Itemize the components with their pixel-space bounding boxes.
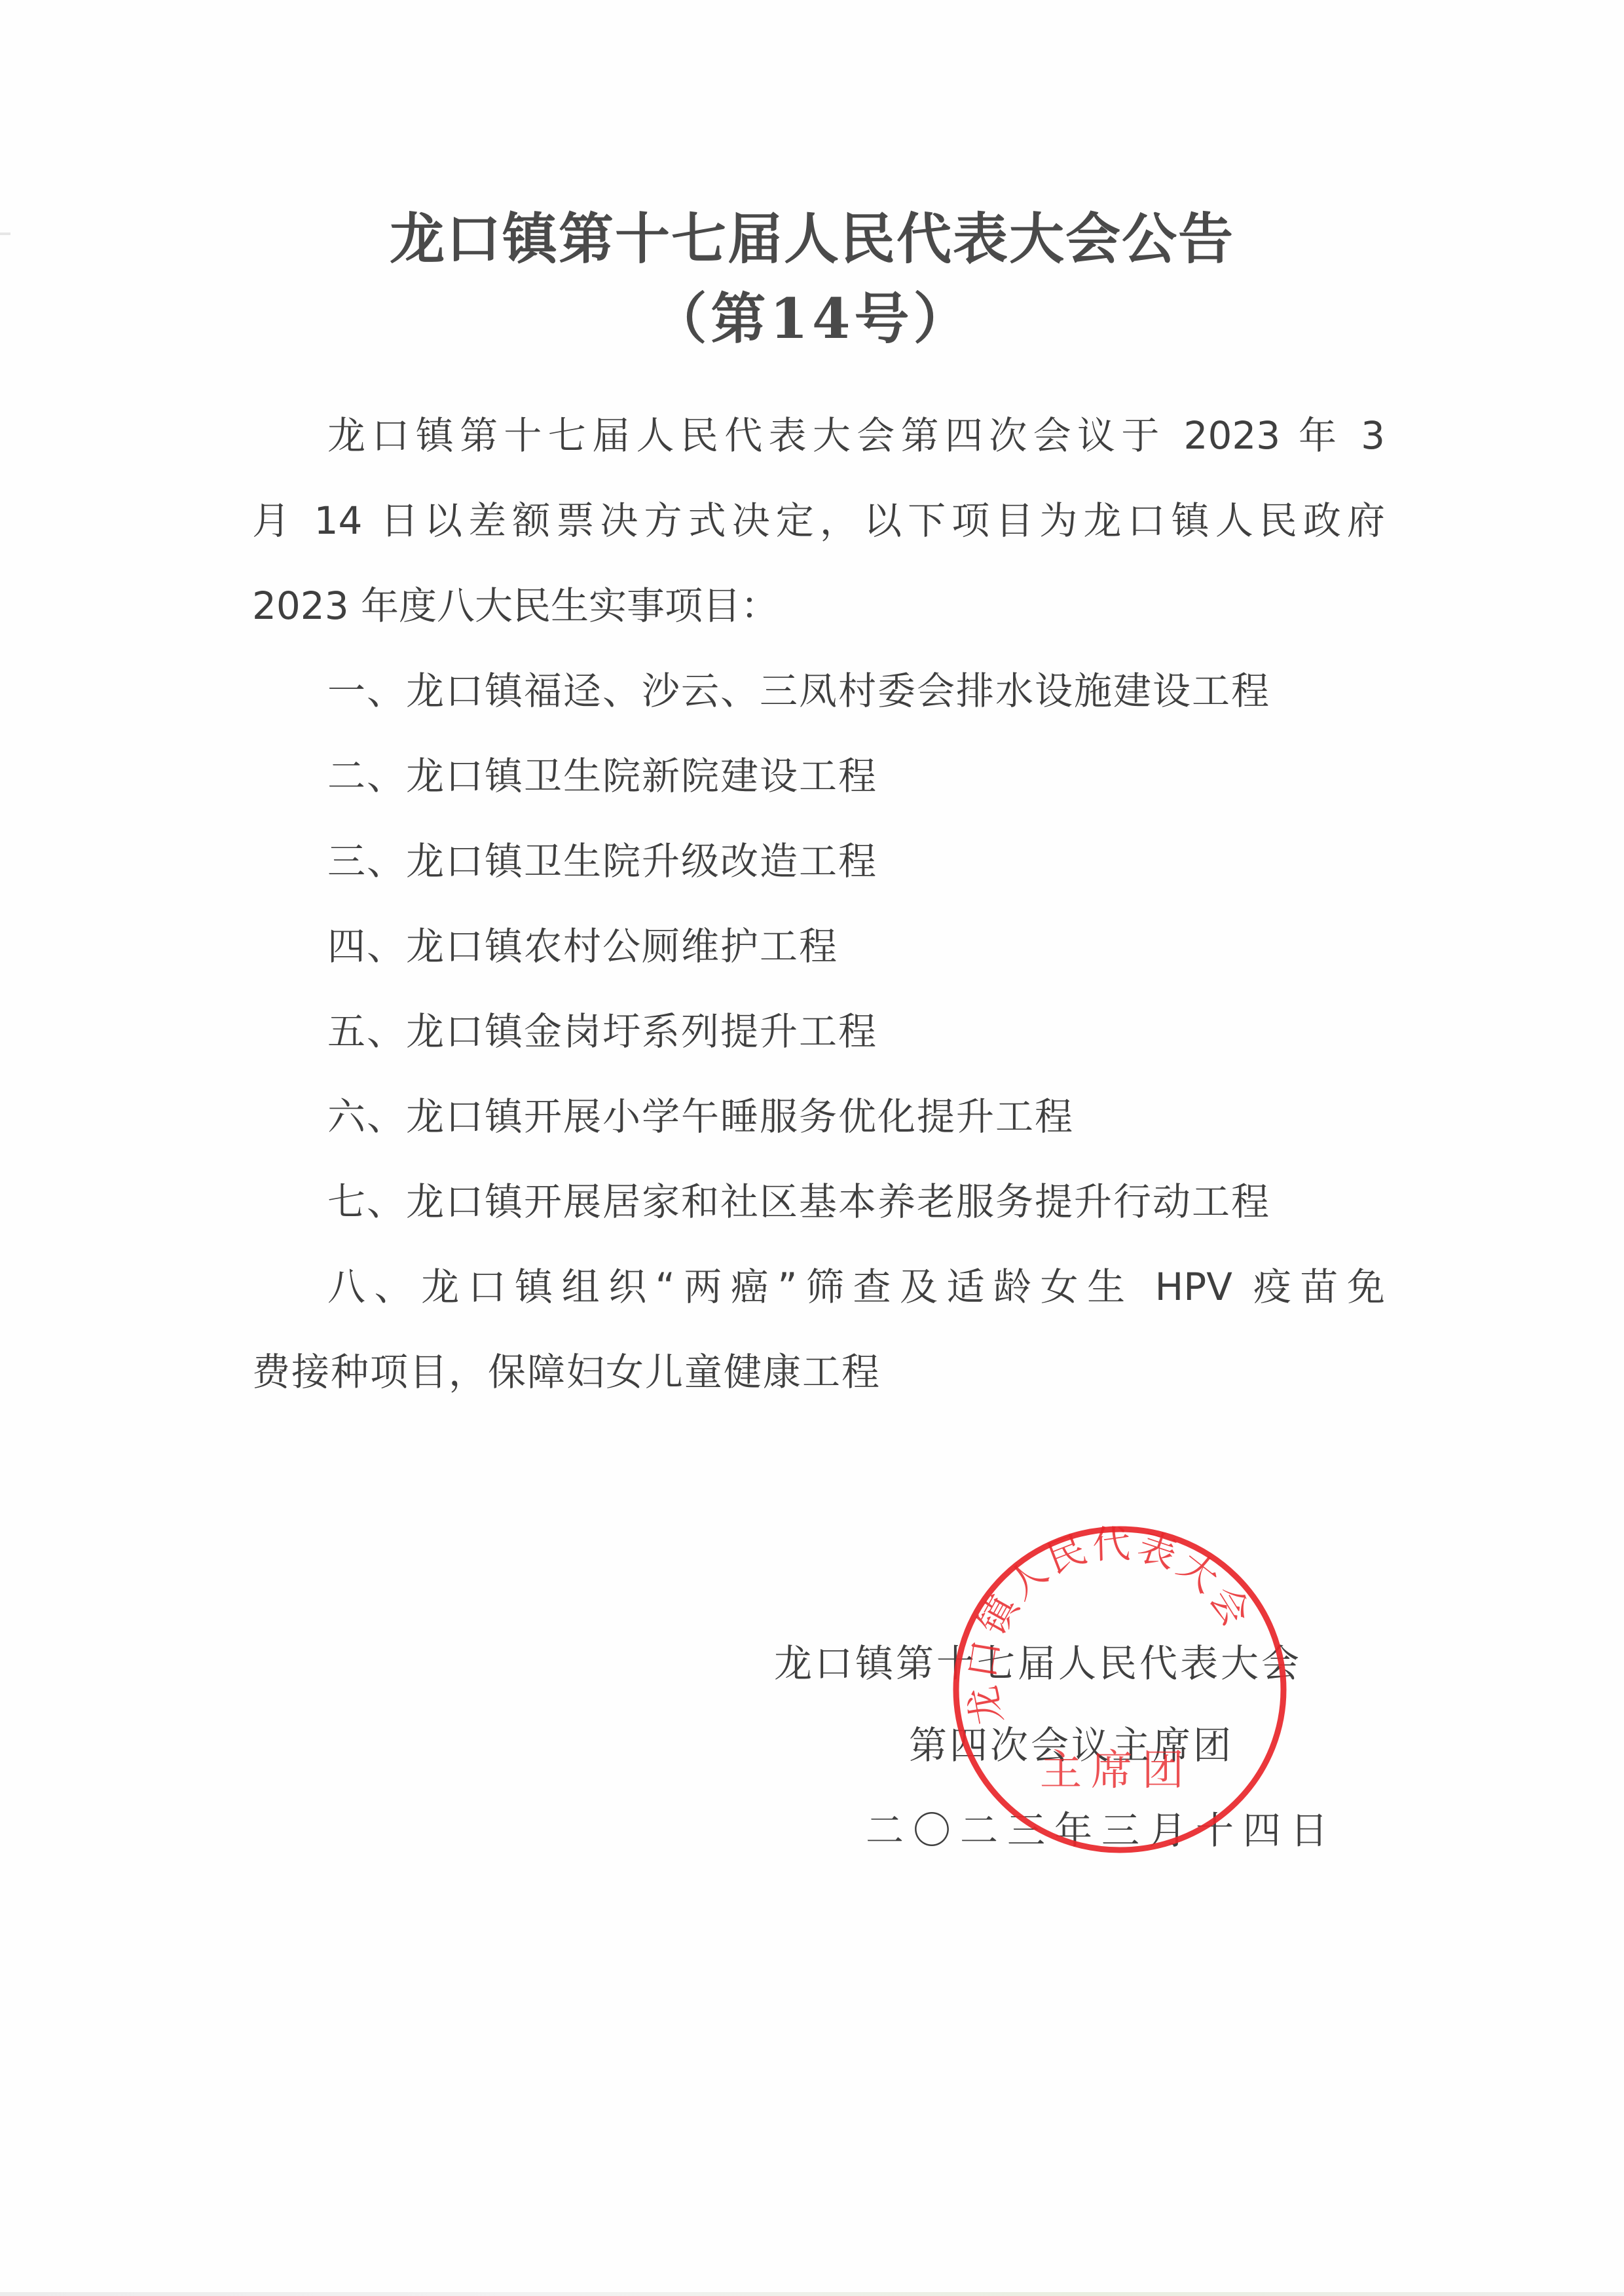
project-item-4: 四、龙口镇农村公厕维护工程 <box>327 923 1385 969</box>
intro-line-1: 龙口镇第十七届人民代表大会第四次会议于 2023 年 3 <box>327 413 1385 458</box>
project-item-8: 八、龙口镇组织“两癌”筛查及适龄女生 HPV 疫苗免 <box>327 1264 1385 1310</box>
scan-bottom-edge <box>0 2292 1624 2296</box>
document-title: 龙口镇第十七届人民代表大会公告 <box>0 195 1624 274</box>
signature-issuer: 龙口镇第十七届人民代表大会 <box>774 1640 1302 1686</box>
project-item-5: 五、龙口镇金岗圩系列提升工程 <box>327 1009 1385 1054</box>
project-item-3: 三、龙口镇卫生院升级改造工程 <box>327 838 1385 884</box>
signature-presidium: 第四次会议主席团 <box>909 1722 1234 1768</box>
project-item-7: 七、龙口镇开展居家和社区基本养老服务提升行动工程 <box>327 1179 1385 1225</box>
document-number: （第14号） <box>0 275 1624 354</box>
intro-line-3: 2023 年度八大民生实事项目： <box>252 583 1385 629</box>
intro-line-2: 月 14 日以差额票决方式决定，以下项目为龙口镇人民政府 <box>252 498 1385 544</box>
document-page: 龙口镇第十七届人民代表大会公告 （第14号） 龙口镇第十七届人民代表大会第四次会… <box>0 0 1624 2296</box>
seal-ring-text: 龙口镇人民代表大会 <box>959 1523 1261 1728</box>
project-item-1: 一、龙口镇福迳、沙云、三凤村委会排水设施建设工程 <box>327 668 1385 714</box>
svg-text:龙口镇人民代表大会: 龙口镇人民代表大会 <box>959 1523 1261 1728</box>
project-item-8-continuation: 费接种项目，保障妇女儿童健康工程 <box>252 1349 1385 1395</box>
project-item-2: 二、龙口镇卫生院新院建设工程 <box>327 753 1385 799</box>
signature-date: 二〇二三年三月十四日 <box>866 1807 1337 1853</box>
project-item-6: 六、龙口镇开展小学午睡服务优化提升工程 <box>327 1094 1385 1139</box>
official-seal-stamp: 龙口镇人民代表大会 主席团 <box>950 1523 1290 1857</box>
